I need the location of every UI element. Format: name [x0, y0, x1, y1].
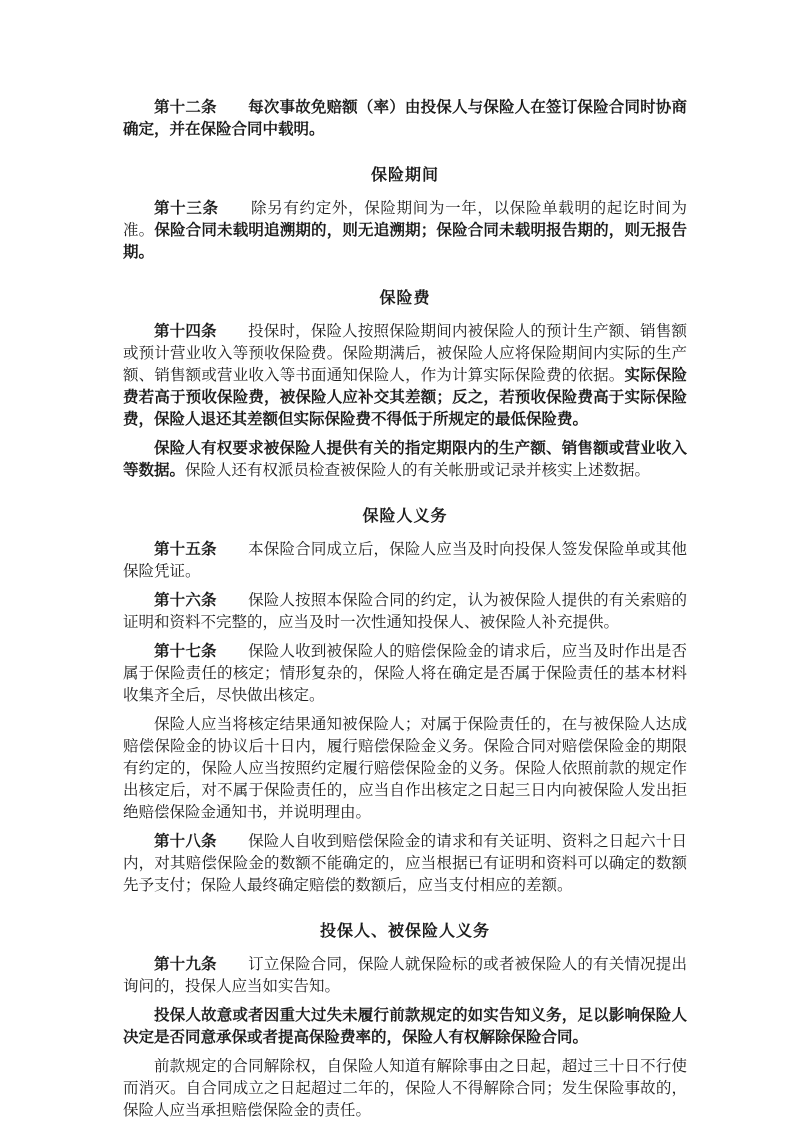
document-page: 第十二条 每次事故免赔额（率）由投保人与保险人在签订保险合同时协商确定，并在保险…: [0, 0, 800, 1132]
section-heading: 保险期间: [123, 165, 687, 187]
paragraph: 保险人有权要求被保险人提供有关的指定期限内的生产额、销售额或营业收入等数据。保险…: [123, 438, 687, 482]
paragraph: 第十三条 除另有约定外，保险期间为一年，以保险单载明的起讫时间为准。保险合同未载…: [123, 198, 687, 264]
text-run: 保险人义务: [362, 508, 447, 525]
paragraph: 第十四条 投保时，保险人按照保险期间内被保险人的预计生产额、销售额或预计营业收入…: [123, 321, 687, 431]
text-run: 保险费: [379, 290, 430, 307]
text-run: 第十八条: [154, 833, 248, 850]
text-run: 保险人还有权派员检查被保险人的有关帐册或记录并核实上述数据。: [185, 462, 650, 479]
document-body: 第十二条 每次事故免赔额（率）由投保人与保险人在签订保险合同时协商确定，并在保险…: [123, 97, 687, 1122]
paragraph: 保险人应当将核定结果通知被保险人；对属于保险责任的，在与被保险人达成赔偿保险金的…: [123, 714, 687, 824]
paragraph: 第十六条 保险人按照本保险合同的约定，认为被保险人提供的有关索赔的证明和资料不完…: [123, 590, 687, 634]
paragraph: 第十八条 保险人自收到赔偿保险金的请求和有关证明、资料之日起六十日内，对其赔偿保…: [123, 831, 687, 897]
paragraph: 第十五条 本保险合同成立后，保险人应当及时向投保人签发保险单或其他保险凭证。: [123, 539, 687, 583]
text-run: 第十六条: [154, 592, 248, 609]
text-run: 第十二条 每次事故免赔额（率）由投保人与保险人在签订保险合同时协商确定，并在保险…: [123, 99, 687, 138]
text-run: 第十九条: [154, 956, 248, 973]
paragraph: 投保人故意或者因重大过失未履行前款规定的如实告知义务，足以影响保险人决定是否同意…: [123, 1005, 687, 1049]
text-run: 保险人应当将核定结果通知被保险人；对属于保险责任的，在与被保险人达成赔偿保险金的…: [123, 716, 687, 821]
paragraph: 第十九条 订立保险合同，保险人就保险标的或者被保险人的有关情况提出询问的，投保人…: [123, 954, 687, 998]
text-run: 投保人、被保险人义务: [320, 923, 490, 940]
section-heading: 保险人义务: [123, 506, 687, 528]
text-run: 前款规定的合同解除权，自保险人知道有解除事由之日起，超过三十日不行使而消灭。自合…: [123, 1058, 687, 1119]
text-run: 保险合同未载明追溯期的，则无追溯期；保险合同未载明报告期的，则无报告期。: [123, 222, 687, 261]
text-run: 第十三条: [154, 200, 251, 217]
text-run: 保险期间: [371, 167, 439, 184]
paragraph: 前款规定的合同解除权，自保险人知道有解除事由之日起，超过三十日不行使而消灭。自合…: [123, 1056, 687, 1122]
paragraph: 第十二条 每次事故免赔额（率）由投保人与保险人在签订保险合同时协商确定，并在保险…: [123, 97, 687, 141]
section-heading: 保险费: [123, 288, 687, 310]
paragraph: 第十七条 保险人收到被保险人的赔偿保险金的请求后，应当及时作出是否属于保险责任的…: [123, 641, 687, 707]
text-run: 第十四条: [154, 323, 248, 340]
text-run: 投保人故意或者因重大过失未履行前款规定的如实告知义务，足以影响保险人决定是否同意…: [123, 1007, 687, 1046]
text-run: 第十五条: [154, 541, 248, 558]
section-heading: 投保人、被保险人义务: [123, 921, 687, 943]
text-run: 第十七条: [154, 643, 248, 660]
